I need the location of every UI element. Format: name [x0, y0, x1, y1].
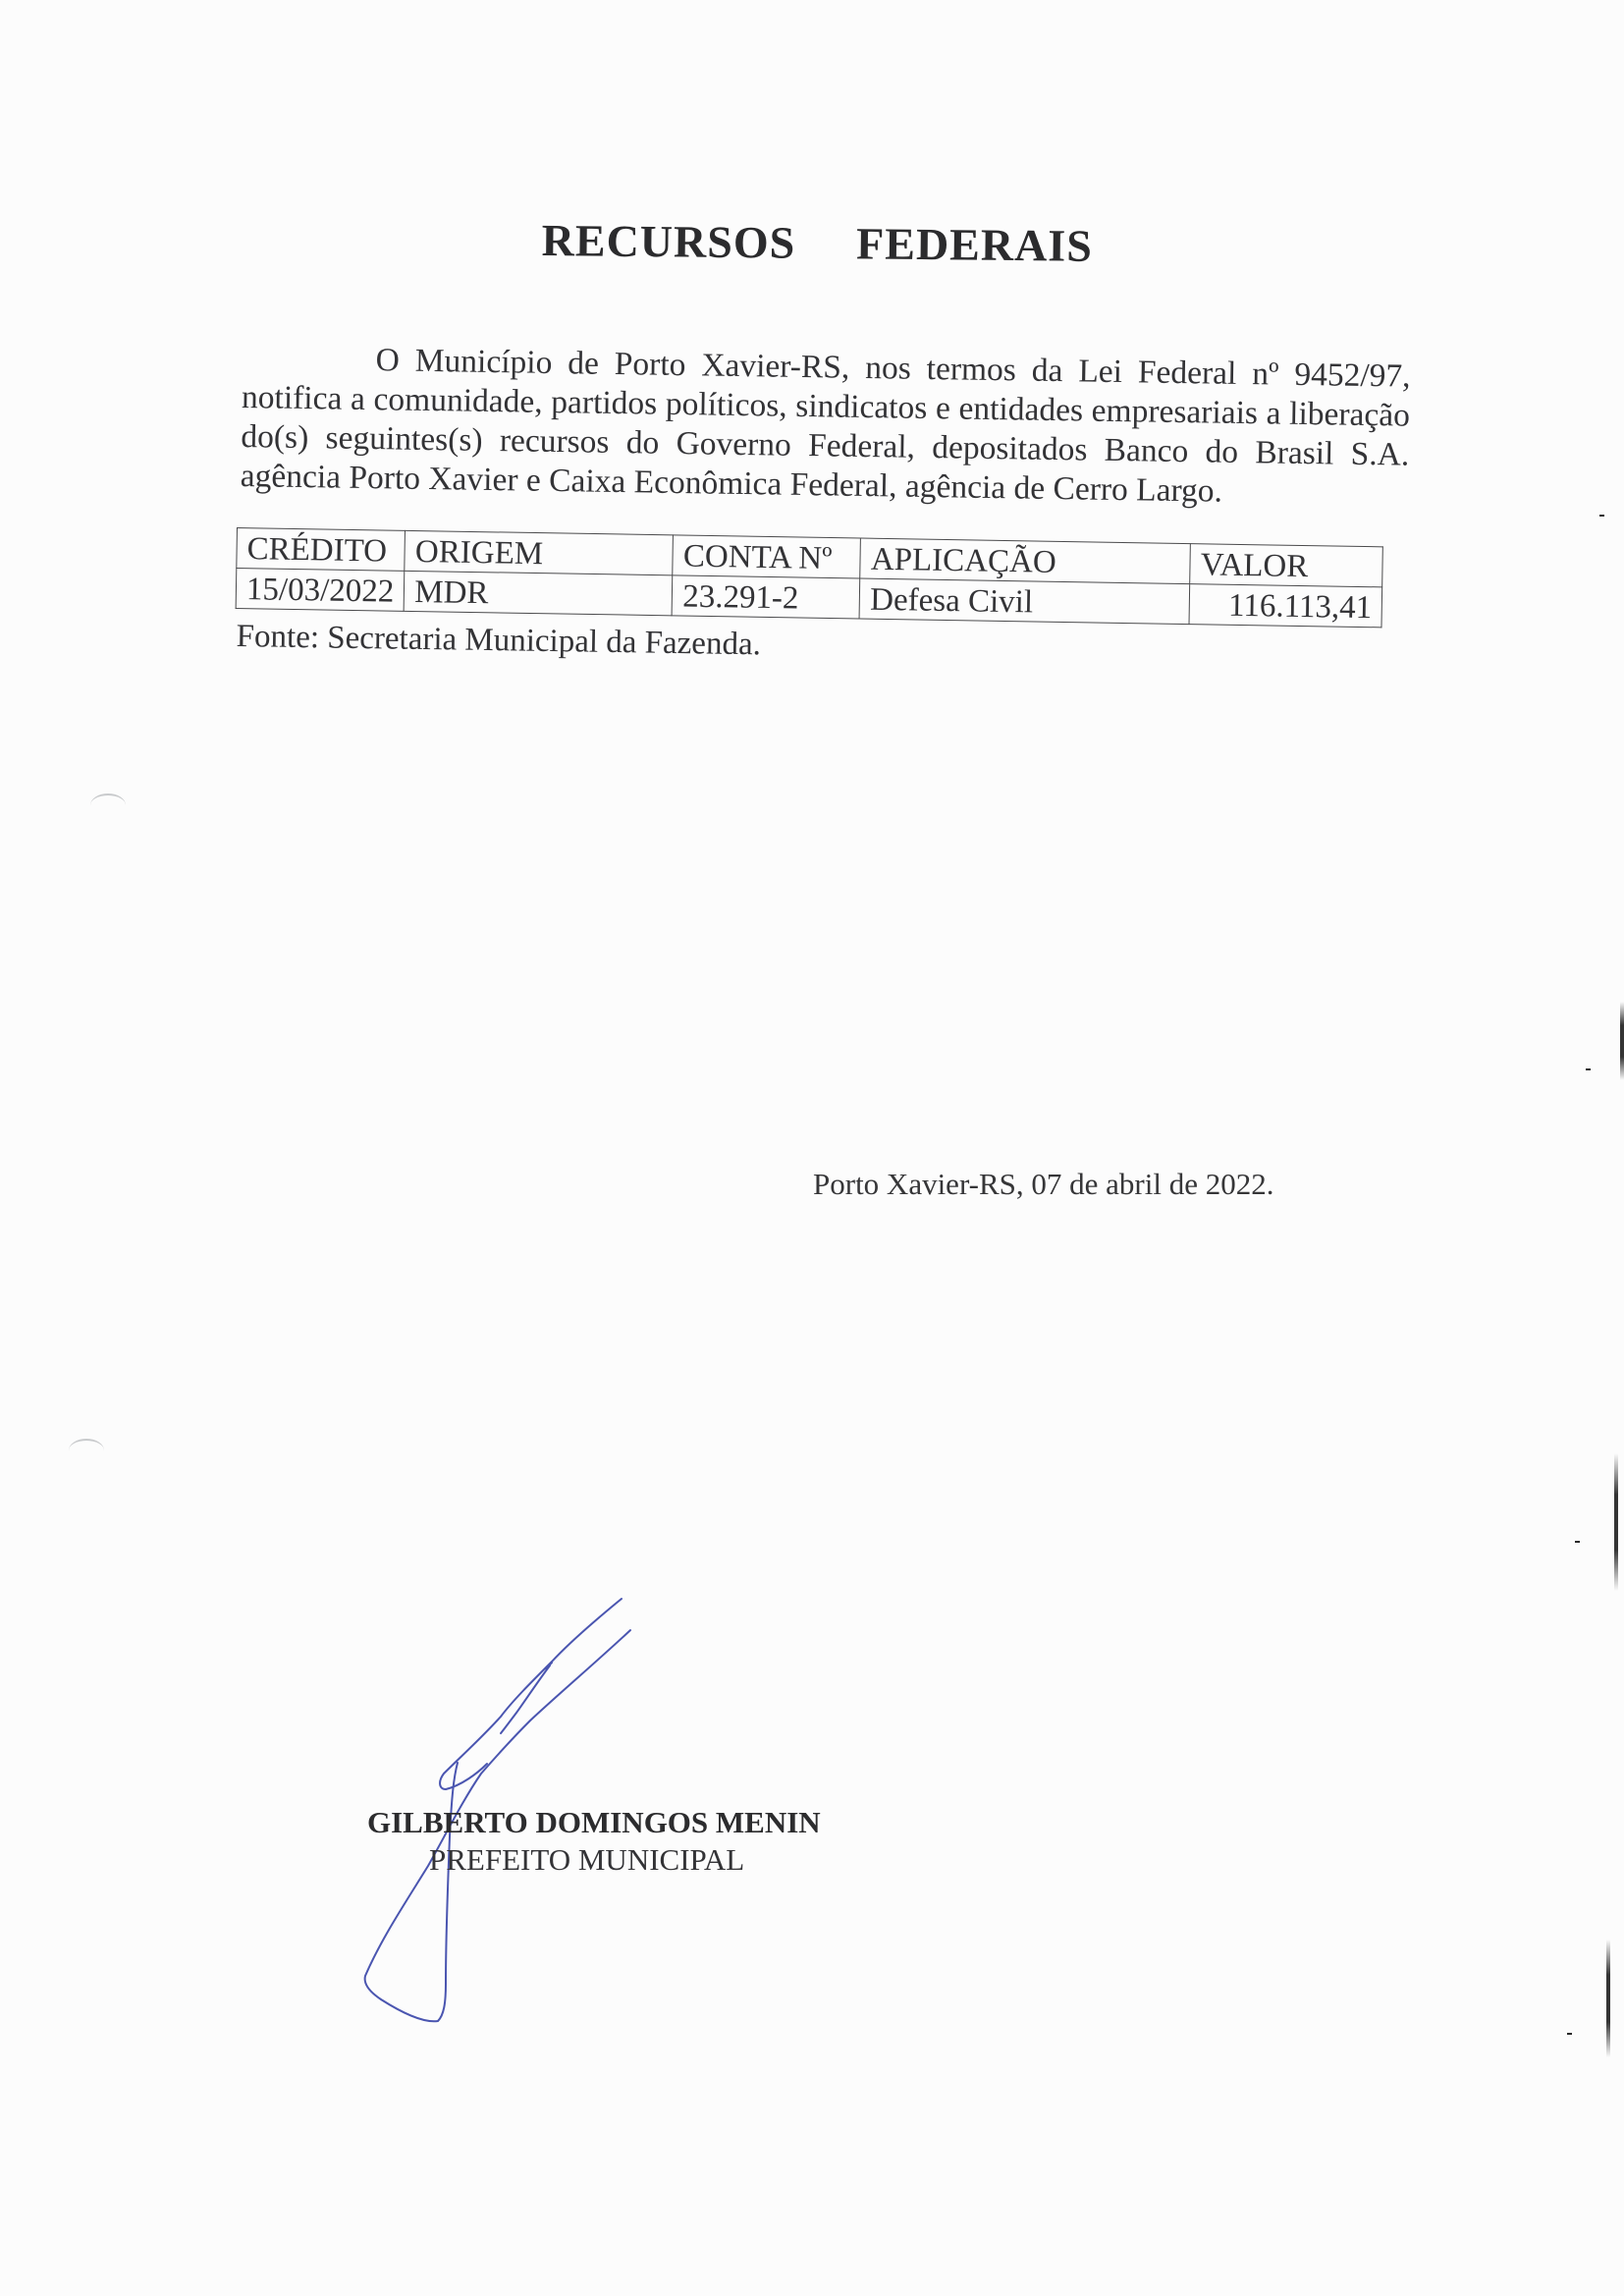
title-word-2: FEDERAIS	[856, 218, 1093, 271]
header-aplicacao: APLICAÇÃO	[860, 538, 1191, 584]
scan-edge-smudge	[1620, 1002, 1624, 1080]
document-title: RECURSOSFEDERAIS	[541, 214, 1121, 272]
document-page: RECURSOSFEDERAIS O Município de Porto Xa…	[0, 0, 1624, 2296]
scan-edge-smudge	[1614, 1453, 1618, 1591]
header-valor: VALOR	[1190, 544, 1383, 587]
header-credito: CRÉDITO	[237, 528, 406, 572]
intro-paragraph: O Município de Porto Xavier-RS, nos term…	[240, 339, 1410, 515]
handwritten-signature	[344, 1571, 933, 2033]
signatory-name: GILBERTO DOMINGOS MENIN	[367, 1805, 821, 1840]
scan-dot	[1586, 1068, 1591, 1070]
scan-edge-smudge	[1606, 1940, 1610, 2057]
title-word-1: RECURSOS	[541, 215, 795, 268]
resources-table: CRÉDITO ORIGEM CONTA Nº APLICAÇÃO VALOR …	[236, 527, 1384, 628]
punch-hole-mark	[90, 793, 126, 817]
cell-conta: 23.291-2	[672, 575, 860, 619]
cell-origem: MDR	[404, 571, 673, 616]
place-and-date: Porto Xavier-RS, 07 de abril de 2022.	[813, 1167, 1273, 1202]
cell-valor: 116.113,41	[1189, 584, 1382, 628]
cell-aplicacao: Defesa Civil	[859, 578, 1190, 625]
header-conta: CONTA Nº	[673, 535, 861, 578]
scan-dot	[1599, 515, 1604, 517]
scan-dot	[1575, 1541, 1580, 1543]
punch-hole-mark	[69, 1439, 104, 1462]
signatory-role: PREFEITO MUNICIPAL	[429, 1842, 744, 1878]
scan-dot	[1567, 2033, 1572, 2035]
source-note: Fonte: Secretaria Municipal da Fazenda.	[236, 619, 761, 663]
cell-credito: 15/03/2022	[236, 569, 405, 612]
header-origem: ORIGEM	[405, 530, 674, 575]
resources-table-container: CRÉDITO ORIGEM CONTA Nº APLICAÇÃO VALOR …	[236, 527, 1384, 628]
